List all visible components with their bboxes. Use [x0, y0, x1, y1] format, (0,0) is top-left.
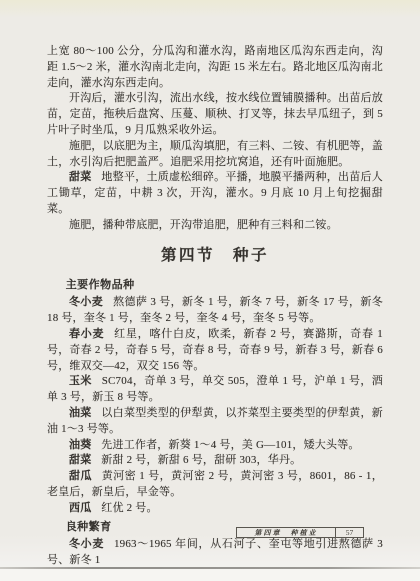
paragraph-sugarbeet: 甜菜地整平，土质虚松细碎。平播，地膜平播两种，出苗后人工锄草，定苗，中耕 3 次…	[47, 170, 383, 217]
variety-list: 黄河密 1 号，黄河密 2 号，黄河密 3 号，8601，86 - 1，老皇后，…	[47, 470, 383, 498]
footer-chapter-title: 第四章 种植业	[237, 528, 335, 537]
crop-term: 冬小麦	[69, 538, 104, 550]
scanned-book-page: 上宽 80～100 公分，分瓜沟和灌水沟，路南地区瓜沟东西走向，沟距 1.5～2…	[0, 0, 420, 581]
crop-term: 冬小麦	[69, 296, 103, 308]
crop-term: 甜瓜	[69, 470, 92, 482]
paragraph-melon-furrows: 上宽 80～100 公分，分瓜沟和灌水沟，路南地区瓜沟东西走向，沟距 1.5～2…	[47, 44, 383, 91]
running-footer-box: 第四章 种植业 57	[236, 527, 364, 538]
variety-list: 先进工作者，新葵 1～4 号，美 G—101，矮大头等。	[101, 439, 359, 451]
subheading-crop-varieties: 主要作物品种	[47, 278, 383, 294]
paragraph-breeding-winter-wheat: 冬小麦1963～1965 年间，从石河子、奎屯等地引进熬德萨 3 号、新冬 1	[47, 537, 383, 569]
crop-term: 油菜	[69, 407, 92, 419]
variety-list: 以白菜型类型的伊犁黄，以芥菜型主要类型的伊犁黄，新油 1～3 号等。	[47, 407, 383, 435]
paragraph-melon-sowing: 开沟后，灌水引沟，流出水线，按水线位置铺膜播种。出苗后放苗，定苗，拖秧后盘窝、压…	[47, 91, 383, 138]
crop-term: 甜菜	[69, 171, 92, 183]
scan-margin-area	[0, 569, 420, 581]
page-body: 上宽 80～100 公分，分瓜沟和灌水沟，路南地区瓜沟东西走向，沟距 1.5～2…	[47, 44, 383, 569]
variety-entry-sugarbeet: 甜菜新甜 2 号，新甜 6 号，甜研 303，华丹。	[47, 453, 383, 469]
crop-term: 玉米	[69, 375, 92, 387]
variety-list: SC704，奇单 3 号，单交 505，澄单 1 号，沪单 1 号，酒单 3 号…	[47, 375, 383, 403]
paragraph-sugarbeet-fertilizer: 施肥，播种带底肥，开沟带追肥，肥种有三料和二铵。	[47, 218, 383, 234]
variety-entry-spring-wheat: 春小麦红星，喀什白皮，欧柔，新春 2 号，赛潞斯，奇春 1 号，奇春 2 号，奇…	[47, 327, 383, 374]
crop-term: 油葵	[69, 439, 91, 451]
section-heading: 第四节 种子	[47, 243, 383, 265]
paragraph-melon-fertilizer: 施肥，以底肥为主，顺瓜沟填肥，有三料、二铵、有机肥等，盖土，水引沟后把肥盖严。追…	[47, 139, 383, 171]
variety-list: 新甜 2 号，新甜 6 号，甜研 303，华丹。	[101, 454, 301, 466]
paragraph-text: 地整平，土质虚松细碎。平播，地膜平播两种，出苗后人工锄草，定苗，中耕 3 次，开…	[47, 171, 383, 215]
variety-list: 红优 2 号。	[101, 502, 157, 514]
variety-entry-muskmelon: 甜瓜黄河密 1 号，黄河密 2 号，黄河密 3 号，8601，86 - 1，老皇…	[47, 469, 383, 501]
page-number: 57	[335, 528, 363, 537]
variety-entry-winter-wheat: 冬小麦熬德萨 3 号，新冬 1 号，新冬 7 号，新冬 17 号，新冬 18 号…	[47, 295, 383, 327]
variety-entry-rapeseed: 油菜以白菜型类型的伊犁黄，以芥菜型主要类型的伊犁黄，新油 1～3 号等。	[47, 406, 383, 438]
crop-term: 西瓜	[69, 502, 91, 514]
crop-term: 春小麦	[69, 328, 104, 340]
variety-entry-watermelon: 西瓜红优 2 号。	[47, 501, 383, 517]
variety-entry-corn: 玉米SC704，奇单 3 号，单交 505，澄单 1 号，沪单 1 号，酒单 3…	[47, 374, 383, 406]
variety-entry-sunflower: 油葵先进工作者，新葵 1～4 号，美 G—101，矮大头等。	[47, 438, 383, 454]
crop-term: 甜菜	[69, 454, 91, 466]
